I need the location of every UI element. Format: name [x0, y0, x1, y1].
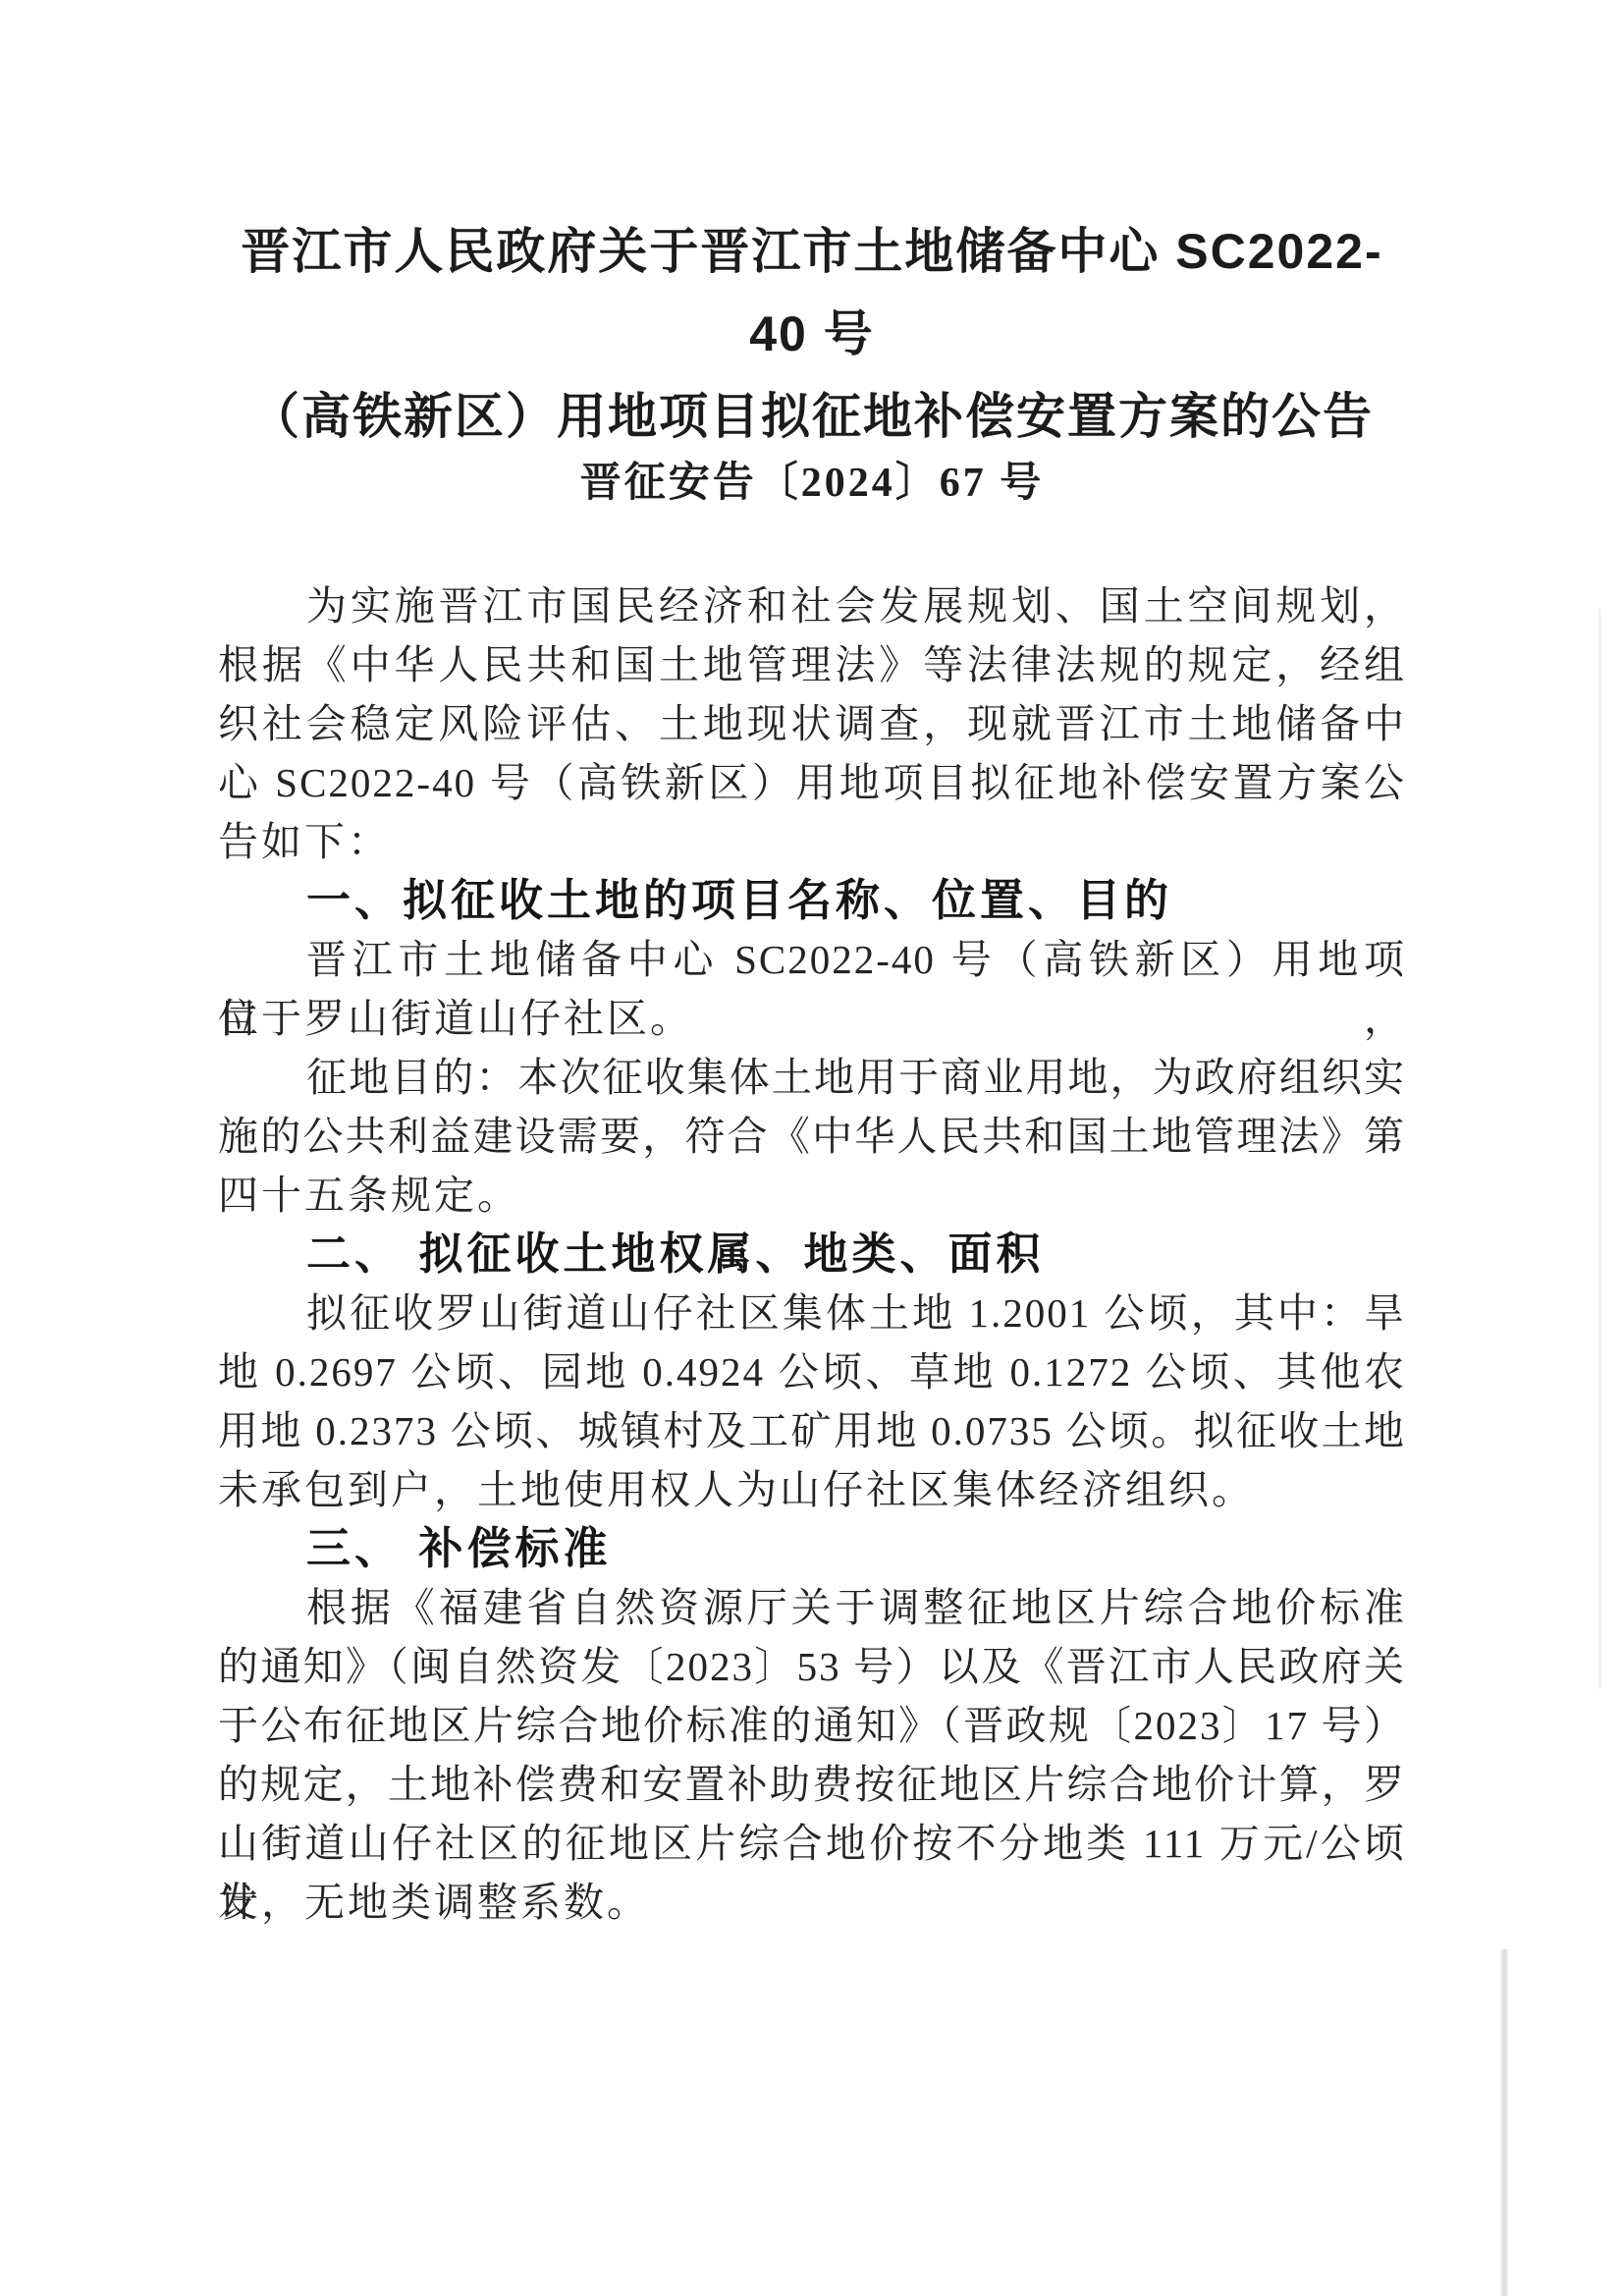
section-3-heading: 三、 补偿标准 [218, 1519, 1406, 1578]
scan-edge-artifact [1500, 1949, 1508, 2296]
body-line: 征地目的：本次征收集体土地用于商业用地，为政府组织实 [218, 1048, 1406, 1107]
document-title-line-1: 晋江市人民政府关于晋江市土地储备中心 SC2022-40 号 [218, 210, 1406, 375]
body-line: 拟征收罗山街道山仔社区集体土地 1.2001 公顷，其中：旱 [218, 1284, 1406, 1342]
body-line: 为实施晋江市国民经济和社会发展规划、国土空间规划， [218, 576, 1406, 635]
body-line: 晋江市土地储备中心 SC2022-40 号（高铁新区）用地项目， [218, 930, 1406, 989]
body-line: 心 SC2022-40 号（高铁新区）用地项目拟征地补偿安置方案公 [218, 753, 1406, 812]
body-line: 地 0.2697 公顷、园地 0.4924 公顷、草地 0.1272 公顷、其他… [218, 1342, 1406, 1401]
body-line: 织社会稳定风险评估、土地现状调查，现就晋江市土地储备中 [218, 694, 1406, 753]
body-line: 根据《福建省自然资源厅关于调整征地区片综合地价标准 [218, 1578, 1406, 1637]
body-line: 山街道山仔社区的征地区片综合地价按不分地类 111 万元/公顷计 [218, 1814, 1406, 1873]
body-line: 未承包到户，土地使用权人为山仔社区集体经济组织。 [218, 1460, 1406, 1519]
document-number: 晋征安告〔2024〕67 号 [218, 454, 1406, 513]
scan-edge-artifact [1598, 609, 1601, 1689]
section-1-heading: 一、拟征收土地的项目名称、位置、目的 [218, 871, 1406, 930]
document-body: 为实施晋江市国民经济和社会发展规划、国土空间规划， 根据《中华人民共和国土地管理… [218, 576, 1406, 1932]
body-line: 的规定，土地补偿费和安置补助费按征地区片综合地价计算，罗 [218, 1755, 1406, 1814]
body-line: 四十五条规定。 [218, 1166, 1406, 1225]
body-line: 用地 0.2373 公顷、城镇村及工矿用地 0.0735 公顷。拟征收土地 [218, 1401, 1406, 1460]
body-line: 根据《中华人民共和国土地管理法》等法律法规的规定，经组 [218, 635, 1406, 694]
body-line: 于公布征地区片综合地价标准的通知》（晋政规〔2023〕17 号） [218, 1696, 1406, 1755]
body-line: 发，无地类调整系数。 [218, 1873, 1406, 1932]
document-title-line-2: （高铁新区）用地项目拟征地补偿安置方案的公告 [218, 375, 1406, 458]
body-line: 告如下： [218, 812, 1406, 871]
document-page: 晋江市人民政府关于晋江市土地储备中心 SC2022-40 号 （高铁新区）用地项… [0, 0, 1623, 2296]
body-line: 的通知》（闽自然资发〔2023〕53 号）以及《晋江市人民政府关 [218, 1637, 1406, 1696]
document-title: 晋江市人民政府关于晋江市土地储备中心 SC2022-40 号 （高铁新区）用地项… [218, 210, 1406, 458]
body-line: 施的公共利益建设需要，符合《中华人民共和国土地管理法》第 [218, 1107, 1406, 1166]
section-2-heading: 二、 拟征收土地权属、地类、面积 [218, 1225, 1406, 1284]
